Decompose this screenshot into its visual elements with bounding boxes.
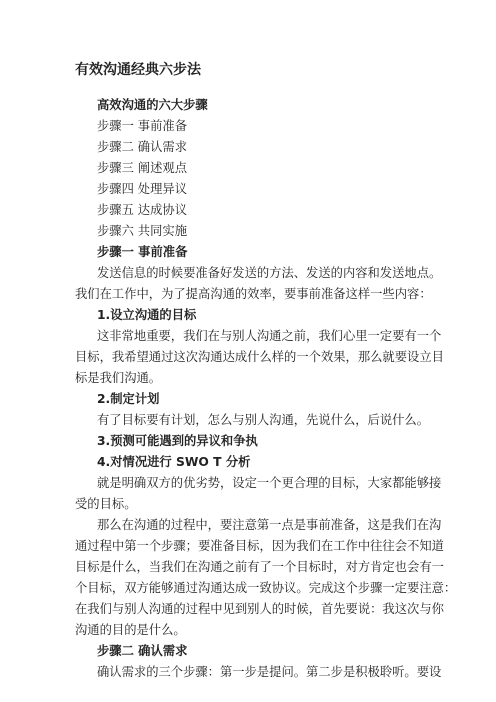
outline-item: 步骤一 事前准备 <box>75 116 425 137</box>
paragraph-line: 这非常地重要，我们在与别人沟通之前，我们心里一定要有一个 <box>75 326 425 347</box>
paragraph-line: 沟通的目的是什么。 <box>75 620 425 641</box>
paragraph-line: 就是明确双方的优劣势，设定一个更合理的目标，大家都能够接 <box>75 473 425 494</box>
item1-heading: 1.设立沟通的目标 <box>75 305 425 326</box>
paragraph-line: 确认需求的三个步骤：第一步是提问。第二步是积极聆听。要设 <box>75 662 425 683</box>
document-body: 高效沟通的六大步骤 步骤一 事前准备 步骤二 确认需求 步骤三 阐述观点 步骤四… <box>75 95 425 683</box>
paragraph-line: 标是我们沟通。 <box>75 368 425 389</box>
outline-item: 步骤五 达成协议 <box>75 200 425 221</box>
paragraph-line: 目标，我希望通过这次沟通达成什么样的一个效果，那么就要设立目 <box>75 347 425 368</box>
paragraph-line: 个目标，双方能够通过沟通达成一致协议。完成这个步骤一定要注意： <box>75 578 425 599</box>
document-page: 有效沟通经典六步法 高效沟通的六大步骤 步骤一 事前准备 步骤二 确认需求 步骤… <box>0 0 496 702</box>
paragraph-line: 通过程中第一个步骤；要准备目标，因为我们在工作中往往会不知道 <box>75 536 425 557</box>
paragraph-line: 在我们与别人沟通的过程中见到别人的时候，首先要说：我这次与你 <box>75 599 425 620</box>
paragraph-line: 发送信息的时候要准备好发送的方法、发送的内容和发送地点。 <box>75 263 425 284</box>
paragraph-line: 那么在沟通的过程中，要注意第一点是事前准备，这是我们在沟 <box>75 515 425 536</box>
paragraph-line: 我们在工作中，为了提高沟通的效率，要事前准备这样一些内容： <box>75 284 425 305</box>
paragraph-line: 目标是什么，当我们在沟通之前有了一个目标时，对方肯定也会有一 <box>75 557 425 578</box>
paragraph-line: 有了目标要有计划，怎么与别人沟通，先说什么，后说什么。 <box>75 410 425 431</box>
item3-heading: 3.预测可能遇到的异议和争执 <box>75 431 425 452</box>
outline-heading: 高效沟通的六大步骤 <box>75 95 425 116</box>
outline-item: 步骤三 阐述观点 <box>75 158 425 179</box>
item4-heading: 4.对情况进行 SWO T 分析 <box>75 452 425 473</box>
document-title: 有效沟通经典六步法 <box>75 61 201 79</box>
outline-item: 步骤六 共同实施 <box>75 221 425 242</box>
paragraph-line: 受的目标。 <box>75 494 425 515</box>
step2-heading: 步骤二 确认需求 <box>75 641 425 662</box>
item2-heading: 2.制定计划 <box>75 389 425 410</box>
outline-item: 步骤二 确认需求 <box>75 137 425 158</box>
step1-heading: 步骤一 事前准备 <box>75 242 425 263</box>
outline-item: 步骤四 处理异议 <box>75 179 425 200</box>
